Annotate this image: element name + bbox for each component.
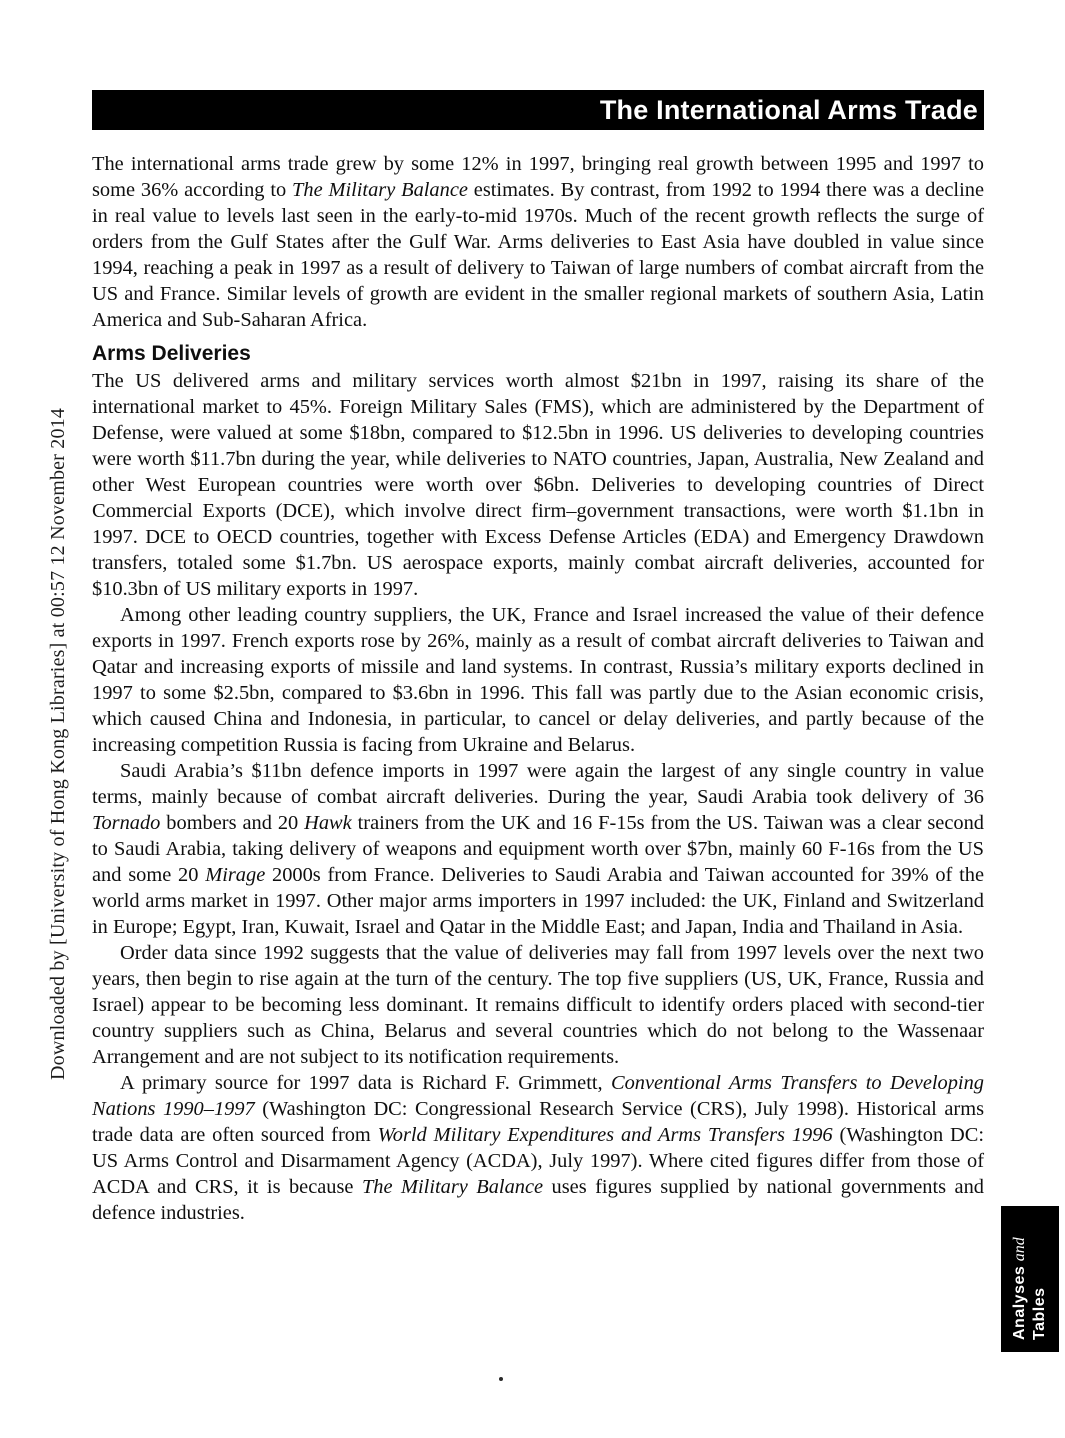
section-tab-analyses-and-tables: Analyses and Tables	[1001, 1206, 1059, 1352]
paragraph: A primary source for 1997 data is Richar…	[92, 1070, 984, 1226]
document-page: Downloaded by [University of Hong Kong L…	[0, 0, 1065, 1438]
section-tab-line1: Analyses and	[1010, 1206, 1030, 1340]
article-title-bar: The International Arms Trade	[92, 90, 984, 130]
section-tab-label: Analyses and Tables	[1001, 1206, 1059, 1352]
article-body: The international arms trade grew by som…	[92, 151, 984, 1226]
scan-artifact-dot	[499, 1377, 503, 1381]
article: The International Arms Trade The interna…	[92, 90, 984, 1226]
page-title: The International Arms Trade	[600, 95, 978, 126]
paragraph: Saudi Arabia’s $11bn defence imports in …	[92, 758, 984, 940]
paragraph: The US delivered arms and military servi…	[92, 368, 984, 602]
paragraph: Order data since 1992 suggests that the …	[92, 940, 984, 1070]
section-tab-line2: Tables	[1030, 1206, 1050, 1340]
paragraph: The international arms trade grew by som…	[92, 151, 984, 333]
paragraph: Among other leading country suppliers, t…	[92, 602, 984, 758]
section-heading: Arms Deliveries	[92, 342, 984, 366]
download-watermark: Downloaded by [University of Hong Kong L…	[47, 408, 70, 1080]
